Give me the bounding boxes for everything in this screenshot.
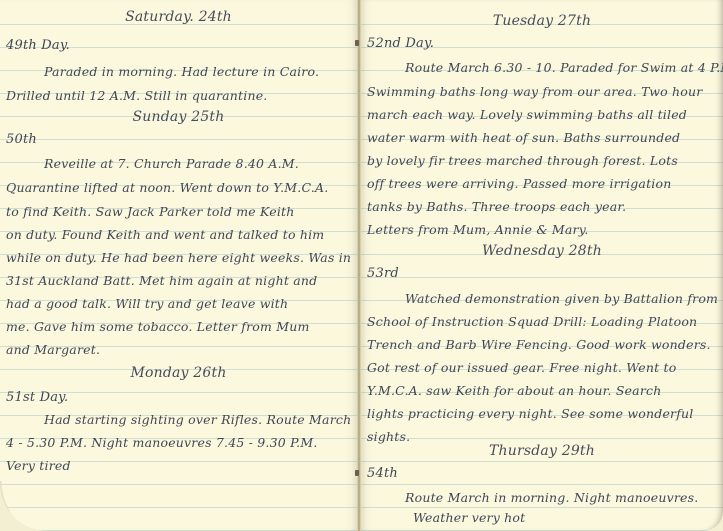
entry-line: Very tired (0, 454, 357, 477)
binding-stitch (355, 470, 359, 476)
entry-line: by lovely fir trees marched through fore… (361, 149, 723, 172)
entry-line: Reveille at 7. Church Parade 8.40 A.M. (0, 152, 357, 175)
entry-line: 4 - 5.30 P.M. Night manoeuvres 7.45 - 9.… (0, 431, 357, 454)
binding-stitch (355, 40, 359, 46)
day-label: 52nd Day. (361, 32, 723, 55)
entry-line: while on duty. He had been here eight we… (0, 246, 357, 269)
entry-heading-monday: Monday 26th (0, 362, 357, 385)
entry-line: Got rest of our issued gear. Free night.… (361, 356, 723, 379)
entry-line: Had starting sighting over Rifles. Route… (0, 408, 357, 431)
left-page: Saturday. 24th 49th Day. Paraded in morn… (0, 0, 358, 531)
entry-line: Paraded in morning. Had lecture in Cairo… (0, 60, 357, 83)
entry-heading-sunday: Sunday 25th (0, 106, 357, 129)
day-label: 50th (0, 128, 357, 151)
entry-line: Watched demonstration given by Battalion… (361, 287, 723, 310)
entry-line: Drilled until 12 A.M. Still in quarantin… (0, 84, 357, 107)
entry-line: had a good talk. Will try and get leave … (0, 292, 357, 315)
entry-line: Weather very hot (361, 506, 723, 529)
right-page: Tuesday 27th 52nd Day. Route March 6.30 … (360, 0, 723, 531)
day-label: 51st Day. (0, 386, 357, 409)
entry-line: Route March 6.30 - 10. Paraded for Swim … (361, 56, 723, 79)
worn-page-corner (0, 481, 60, 531)
entry-line: off trees were arriving. Passed more irr… (361, 172, 723, 195)
entry-line: School of Instruction Squad Drill: Loadi… (361, 310, 723, 333)
day-label: 53rd (361, 262, 723, 285)
entry-line: me. Gave him some tobacco. Letter from M… (0, 315, 357, 338)
day-label: 49th Day. (0, 34, 357, 57)
notebook-spread: Saturday. 24th 49th Day. Paraded in morn… (0, 0, 723, 531)
entry-line: Quarantine lifted at noon. Went down to … (0, 176, 357, 199)
entry-line: lights practicing every night. See some … (361, 402, 723, 425)
day-label: 54th (361, 462, 723, 485)
entry-heading-saturday: Saturday. 24th (0, 6, 357, 29)
entry-heading-wednesday: Wednesday 28th (361, 240, 723, 263)
entry-line: Letters from Mum, Annie & Mary. (361, 218, 723, 241)
entry-line: water warm with heat of sun. Baths surro… (361, 126, 723, 149)
entry-line: Trench and Barb Wire Fencing. Good work … (361, 333, 723, 356)
entry-line: and Margaret. (0, 338, 357, 361)
entry-heading-thursday: Thursday 29th (361, 440, 723, 463)
entry-heading-tuesday: Tuesday 27th (361, 10, 723, 33)
entry-line: tanks by Baths. Three troops each year. (361, 195, 723, 218)
entry-line: march each way. Lovely swimming baths al… (361, 103, 723, 126)
entry-line: to find Keith. Saw Jack Parker told me K… (0, 200, 357, 223)
entry-line: Y.M.C.A. saw Keith for about an hour. Se… (361, 379, 723, 402)
entry-line: on duty. Found Keith and went and talked… (0, 223, 357, 246)
entry-line: 31st Auckland Batt. Met him again at nig… (0, 269, 357, 292)
entry-line: Swimming baths long way from our area. T… (361, 80, 723, 103)
